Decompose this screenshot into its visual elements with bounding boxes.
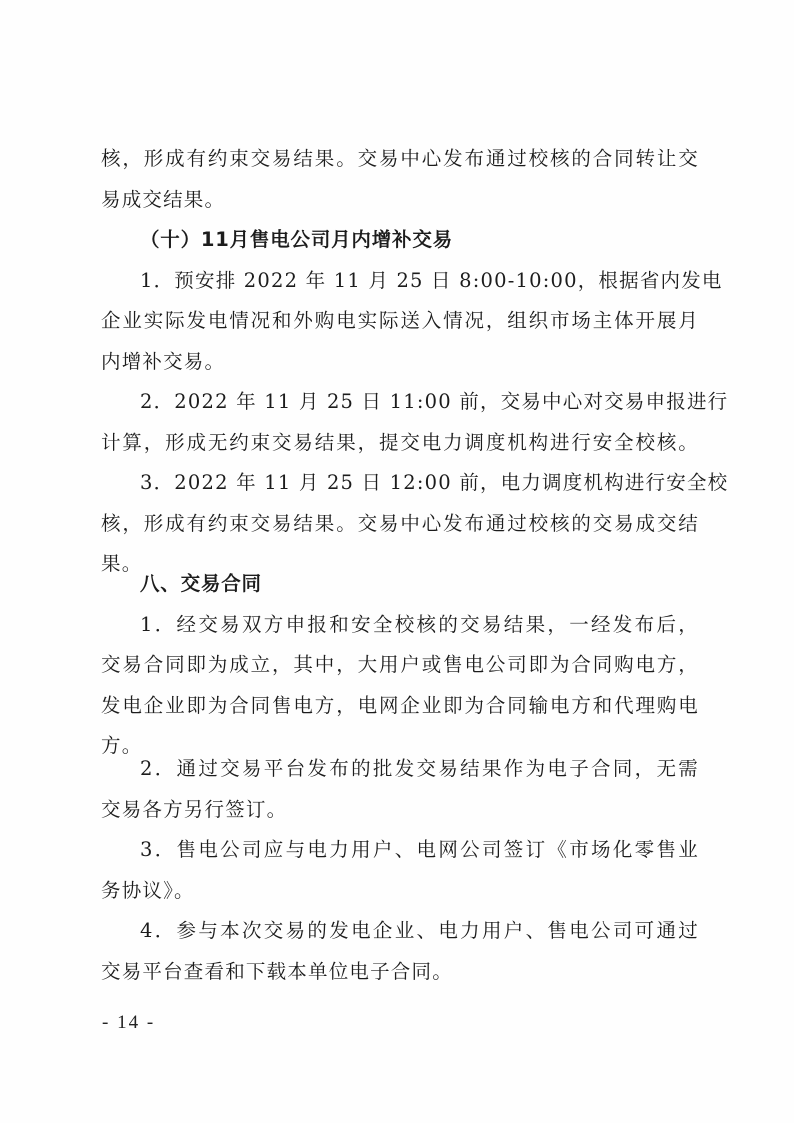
paragraph-line: 交易平台查看和下载本单位电子合同。 [101,958,701,986]
paragraph-line: 务协议》。 [101,877,701,905]
paragraph-line: 交易各方另行签订。 [101,796,701,824]
paragraph-line: 核，形成有约束交易结果。交易中心发布通过校核的合同转让交 [101,145,699,173]
paragraph-line: 2．2022 年 11 月 25 日 11:00 前，交易中心对交易申报进行 [140,388,699,416]
paragraph-line: 内增补交易。 [101,348,701,376]
page-number: - 14 - [102,1011,155,1035]
paragraph-line: 1．经交易双方申报和安全校核的交易结果，一经发布后， [140,611,699,639]
paragraph-line: 3．售电公司应与电力用户、电网公司签订《市场化零售业 [140,836,699,864]
paragraph-line: 交易合同即为成立，其中，大用户或售电公司即为合同购电方， [101,651,699,679]
paragraph-line: 3．2022 年 11 月 25 日 12:00 前，电力调度机构进行安全校 [140,469,699,497]
paragraph-line: 发电企业即为合同售电方，电网企业即为合同输电方和代理购电 [101,692,699,720]
section-subheading: （十）11月售电公司月内增补交易 [140,226,740,254]
paragraph-line: 2．通过交易平台发布的批发交易结果作为电子合同，无需 [140,755,699,783]
paragraph-line: 4．参与本次交易的发电企业、电力用户、售电公司可通过 [140,917,699,945]
paragraph-line: 企业实际发电情况和外购电实际送入情况，组织市场主体开展月 [101,307,699,335]
paragraph-line: 1．预安排 2022 年 11 月 25 日 8:00-10:00，根据省内发电 [140,267,699,295]
paragraph-line: 核，形成有约束交易结果。交易中心发布通过校核的交易成交结 [101,510,699,538]
paragraph-line: 易成交结果。 [101,186,701,214]
paragraph-line: 计算，形成无约束交易结果，提交电力调度机构进行安全校核。 [101,429,699,457]
section-heading: 八、交易合同 [140,570,740,598]
document-page: 核，形成有约束交易结果。交易中心发布通过校核的合同转让交 易成交结果。 （十）1… [0,0,794,1123]
